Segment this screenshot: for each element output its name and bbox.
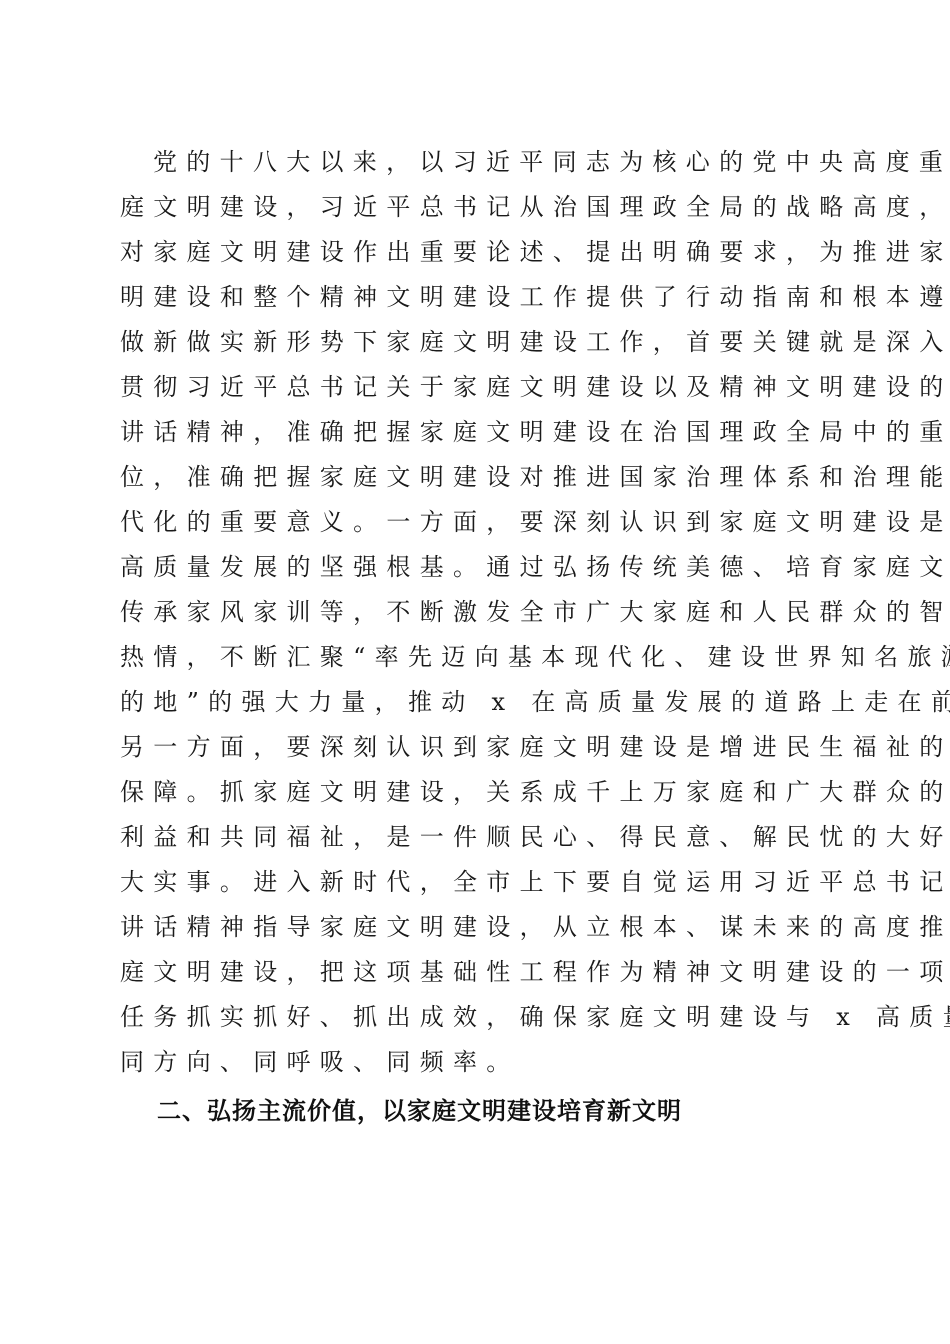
paragraph-line: 明建设和整个精神文明建设工作提供了行动指南和根本遵循。 [120,275,822,320]
paragraph-line: 同方向、同呼吸、同频率。 [120,1040,822,1085]
paragraph-line: 代化的重要意义。一方面，要深刻认识到家庭文明建设是推动 [120,500,822,545]
paragraph-line: 庭文明建设，把这项基础性工程作为精神文明建设的一项长期 [120,950,822,995]
document-page: 党的十八大以来，以习近平同志为核心的党中央高度重视家 庭文明建设，习近平总书记从… [120,140,822,1134]
paragraph-line: 任务抓实抓好、抓出成效，确保家庭文明建设与 x 高质量发展 [120,995,822,1040]
paragraph-line: 党的十八大以来，以习近平同志为核心的党中央高度重视家 [120,140,822,185]
paragraph-line: 的地”的强大力量，推动 x 在高质量发展的道路上走在前列。 [120,680,822,725]
paragraph-line: 讲话精神，准确把握家庭文明建设在治国理政全局中的重要地 [120,410,822,455]
paragraph-line: 位，准确把握家庭文明建设对推进国家治理体系和治理能力现 [120,455,822,500]
section-heading: 二、弘扬主流价值，以家庭文明建设培育新文明 [120,1089,822,1134]
paragraph-line: 做新做实新形势下家庭文明建设工作，首要关键就是深入学习 [120,320,822,365]
paragraph-line: 讲话精神指导家庭文明建设，从立根本、谋未来的高度推进家 [120,905,822,950]
paragraph-line: 利益和共同福祉，是一件顺民心、得民意、解民忧的大好事、 [120,815,822,860]
paragraph-line: 高质量发展的坚强根基。通过弘扬传统美德、培育家庭文明、 [120,545,822,590]
paragraph-line: 庭文明建设，习近平总书记从治国理政全局的战略高度，多次 [120,185,822,230]
paragraph-line: 大实事。进入新时代，全市上下要自觉运用习近平总书记重要 [120,860,822,905]
paragraph-line: 热情，不断汇聚“率先迈向基本现代化、建设世界知名旅游目 [120,635,822,680]
paragraph-line: 传承家风家训等，不断激发全市广大家庭和人民群众的智慧和 [120,590,822,635]
paragraph-line: 另一方面，要深刻认识到家庭文明建设是增进民生福祉的坚强 [120,725,822,770]
paragraph-line: 保障。抓家庭文明建设，关系成千上万家庭和广大群众的切身 [120,770,822,815]
paragraph-line: 贯彻习近平总书记关于家庭文明建设以及精神文明建设的重要 [120,365,822,410]
paragraph-line: 对家庭文明建设作出重要论述、提出明确要求，为推进家庭文 [120,230,822,275]
